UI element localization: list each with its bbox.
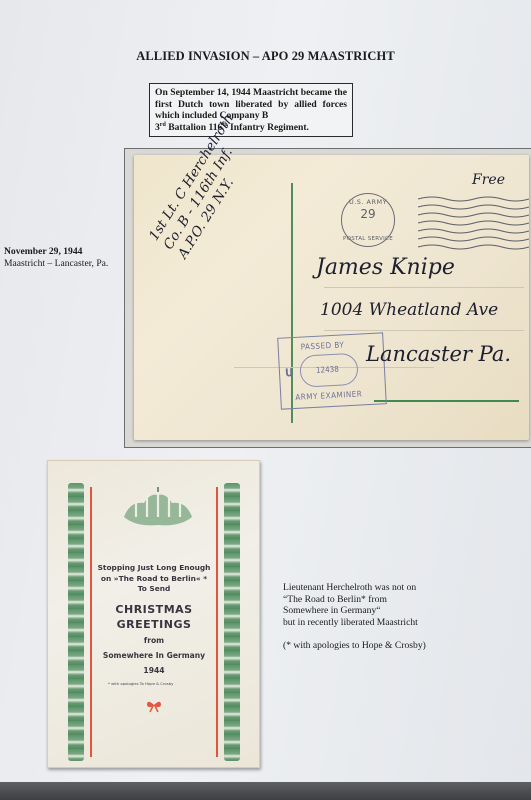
recipient-name: James Knipe bbox=[316, 255, 455, 280]
card-origin: from Somewhere In Germany 1944 bbox=[92, 633, 216, 678]
address-line bbox=[324, 330, 524, 331]
caption-route: Maastricht – Lancaster, Pa. bbox=[4, 258, 108, 270]
card-caption: Lieutenant Herchelroth was not on “The R… bbox=[283, 582, 426, 652]
cancellation-wavy-lines bbox=[418, 195, 529, 253]
card-headline: CHRISTMAS GREETINGS bbox=[92, 603, 216, 632]
free-frank: Free bbox=[472, 172, 505, 188]
christmas-card: Stopping Just Long Enough on »The Road t… bbox=[47, 460, 260, 768]
red-rule bbox=[216, 487, 218, 757]
postcard: 1st Lt. C Herchelroth Co. B - 116th Inf.… bbox=[134, 155, 529, 440]
recipient-city: Lancaster Pa. bbox=[366, 342, 511, 366]
address-line bbox=[324, 287, 524, 288]
holly-border-icon bbox=[224, 483, 240, 761]
recipient-street: 1004 Wheatland Ave bbox=[320, 300, 498, 320]
page-edge-shadow bbox=[0, 782, 531, 800]
candle-wreath-icon bbox=[120, 487, 196, 529]
postmark-stamp: U.S. ARMY 29 POSTAL SERVICE bbox=[341, 193, 395, 247]
caption-note: (* with apologies to Hope & Crosby) bbox=[283, 640, 426, 652]
address-underline bbox=[374, 400, 519, 402]
page-title: ALLIED INVASION – APO 29 MAASTRICHT bbox=[0, 49, 531, 64]
red-bow-icon bbox=[146, 699, 162, 713]
postcard-caption: November 29, 1944 Maastricht – Lancaster… bbox=[4, 246, 108, 269]
card-footnote: * with apologies To Hope & Crosby bbox=[108, 681, 232, 686]
caption-date: November 29, 1944 bbox=[4, 246, 108, 258]
holly-border-icon bbox=[68, 483, 84, 761]
card-intro: Stopping Just Long Enough on »The Road t… bbox=[92, 563, 216, 595]
intro-text: On September 14, 1944 Maastricht became … bbox=[155, 87, 347, 121]
